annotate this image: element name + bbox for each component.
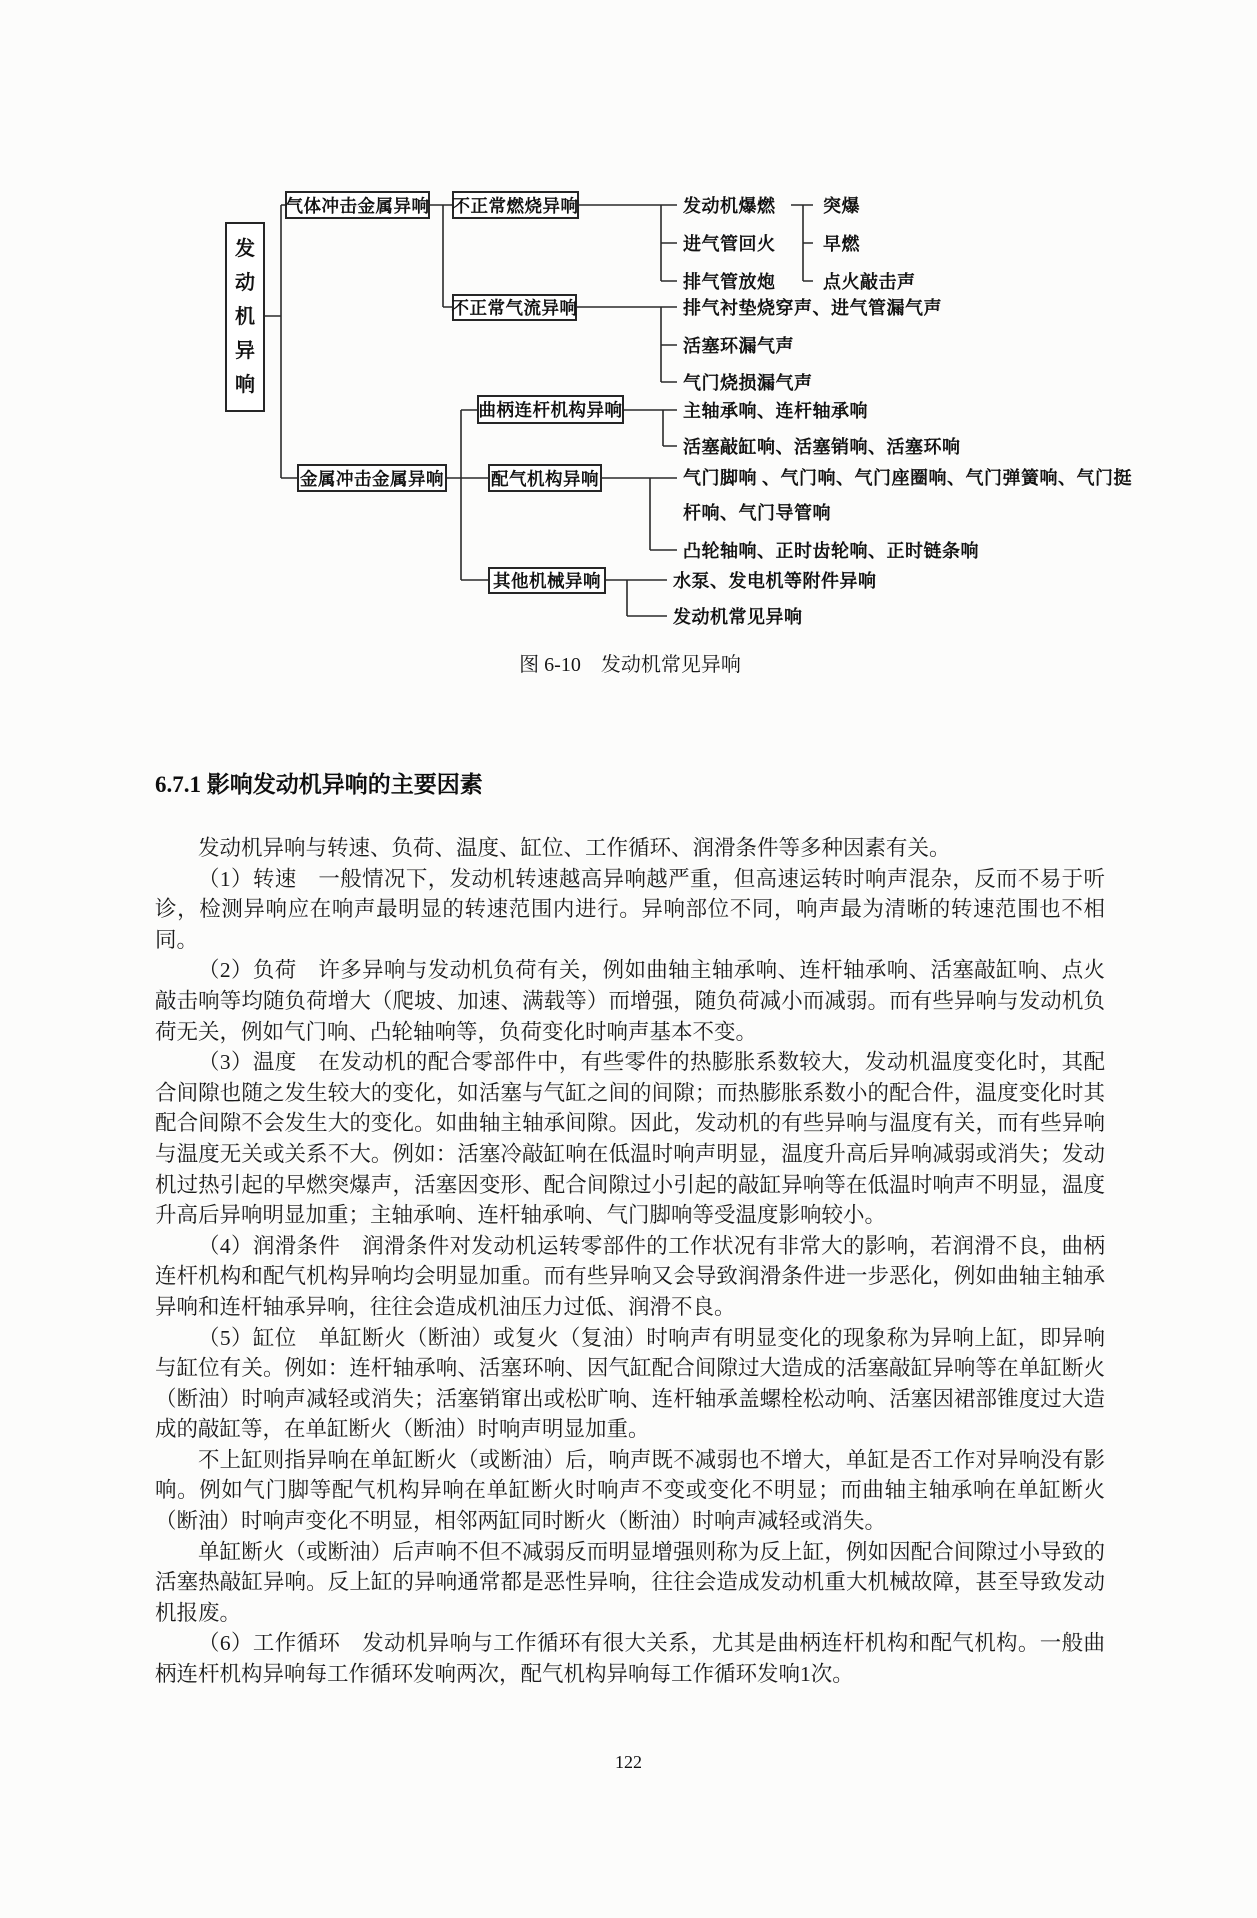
tree-node-gas-impact: 气体冲击金属异响: [285, 191, 430, 219]
section-body: 发动机异响与转速、负荷、温度、缸位、工作循环、润滑条件等多种因素有关。 （1）转…: [155, 833, 1105, 1690]
tree-leaf-gasket-leak: 排气衬垫烧穿声、进气管漏气声: [683, 294, 942, 320]
tree-leaf-deflagration: 发动机爆燃: [683, 192, 776, 218]
tree-node-other-mechanical: 其他机械异响: [488, 567, 606, 594]
engine-noise-tree-diagram: 发动机异响 气体冲击金属异响 金属冲击金属异响 不正常燃烧异响 不正常气流异响 …: [155, 150, 1105, 712]
paragraph-no-cylinder: 不上缸则指异响在单缸断火（或断油）后，响声既不减弱也不增大，单缸是否工作对异响没…: [155, 1445, 1105, 1537]
paragraph-cylinder: （5）缸位 单缸断火（断油）或复火（复油）时响声有明显变化的现象称为异响上缸，即…: [155, 1323, 1105, 1445]
tree-leaf-ring-leak: 活塞环漏气声: [683, 332, 794, 358]
tree-leaf-preignition: 早燃: [823, 230, 860, 256]
paragraph-intro: 发动机异响与转速、负荷、温度、缸位、工作循环、润滑条件等多种因素有关。: [155, 833, 1105, 864]
section-heading: 6.7.1 影响发动机异响的主要因素: [155, 766, 1105, 799]
tree-leaf-bearings: 主轴承响、连杆轴承响: [683, 397, 868, 423]
paragraph-speed: （1）转速 一般情况下，发动机转速越高异响越严重，但高速运转时响声混杂，反而不易…: [155, 864, 1105, 956]
tree-connectors: [155, 150, 1105, 712]
scanned-book-page: { "figure": { "caption": "图 6-10 发动机常见异响…: [0, 0, 1257, 1918]
tree-leaf-piston-knocks: 活塞敲缸响、活塞销响、活塞环响: [683, 433, 961, 459]
paragraph-lubrication: （4）润滑条件 润滑条件对发动机运转零部件的工作状况有非常大的影响，若润滑不良，…: [155, 1231, 1105, 1323]
tree-leaf-ignition-knock: 点火敲击声: [823, 268, 916, 294]
figure-caption: 图 6-10 发动机常见异响: [155, 648, 1105, 677]
tree-leaf-sudden-knock: 突爆: [823, 192, 860, 218]
tree-node-engine-noise: 发动机异响: [225, 222, 265, 412]
page-number: 122: [0, 1752, 1257, 1773]
tree-node-valvetrain: 配气机构异响: [488, 464, 602, 492]
paragraph-load: （2）负荷 许多异响与发动机负荷有关，例如曲轴主轴承响、连杆轴承响、活塞敲缸响、…: [155, 955, 1105, 1047]
tree-node-abnormal-airflow: 不正常气流异响: [452, 294, 577, 321]
page-content: 发动机异响 气体冲击金属异响 金属冲击金属异响 不正常燃烧异响 不正常气流异响 …: [155, 150, 1105, 1690]
tree-leaf-valve-noises: 气门脚响 、气门响、气门座圈响、气门弹簧响、气门挺杆响、气门导管响: [683, 461, 1143, 531]
paragraph-temperature: （3）温度 在发动机的配合零部件中，有些零件的热膨胀系数较大，发动机温度变化时，…: [155, 1047, 1105, 1231]
tree-leaf-accessories: 水泵、发电机等附件异响: [673, 567, 877, 593]
tree-node-label: 发动机异响: [234, 232, 256, 402]
tree-node-abnormal-combustion: 不正常燃烧异响: [452, 191, 579, 219]
tree-leaf-engine-common: 发动机常见异响: [673, 603, 803, 629]
tree-leaf-exhaust-pop: 排气管放炮: [683, 268, 776, 294]
tree-leaf-cam-timing: 凸轮轴响、正时齿轮响、正时链条响: [683, 537, 979, 563]
tree-leaf-valve-burn-leak: 气门烧损漏气声: [683, 369, 813, 395]
tree-node-metal-impact: 金属冲击金属异响: [297, 464, 447, 492]
tree-leaf-intake-backfire: 进气管回火: [683, 230, 776, 256]
paragraph-anti-cylinder: 单缸断火（或断油）后声响不但不减弱反而明显增强则称为反上缸，例如因配合间隙过小导…: [155, 1537, 1105, 1629]
paragraph-work-cycle: （6）工作循环 发动机异响与工作循环有很大关系，尤其是曲柄连杆机构和配气机构。一…: [155, 1628, 1105, 1689]
tree-node-crank-mechanism: 曲柄连杆机构异响: [477, 395, 624, 424]
